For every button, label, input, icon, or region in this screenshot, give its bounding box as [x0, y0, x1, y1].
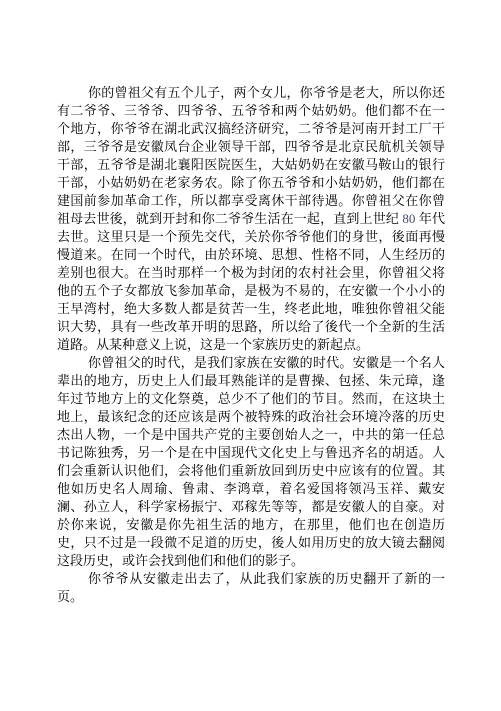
paragraph-text: 你爷爷从安徽走出去了，从此我们家族的历史翻开了新的一页。: [57, 571, 445, 604]
year-numeral: 80: [402, 211, 415, 226]
paragraph-text: 你曾祖父的时代，是我们家族在安徽的时代。安徽是一个名人辈出的地方，历史上人们最耳…: [57, 355, 445, 568]
document-text-body: 你的曾祖父有五个儿子，两个女儿，你爷爷是老大，所以你还有二爷爷、三爷爷、四爷爷、…: [57, 84, 445, 606]
paragraph-text: 你的曾祖父有五个儿子，两个女儿，你爷爷是老大，所以你还有二爷爷、三爷爷、四爷爷、…: [57, 85, 445, 226]
paragraph-text: 年代去世。这里只是一个预先交代，关於你爷爷他们的身世，後面再慢慢道来。在同一个时…: [57, 211, 445, 352]
paragraph-anhui-history: 你曾祖父的时代，是我们家族在安徽的时代。安徽是一个名人辈出的地方，历史上人们最耳…: [57, 354, 445, 570]
paragraph-family-intro: 你的曾祖父有五个儿子，两个女儿，你爷爷是老大，所以你还有二爷爷、三爷爷、四爷爷、…: [57, 84, 445, 354]
paragraph-closing: 你爷爷从安徽走出去了，从此我们家族的历史翻开了新的一页。: [57, 570, 445, 606]
document-page: 你的曾祖父有五个儿子，两个女儿，你爷爷是老大，所以你还有二爷爷、三爷爷、四爷爷、…: [0, 0, 501, 711]
